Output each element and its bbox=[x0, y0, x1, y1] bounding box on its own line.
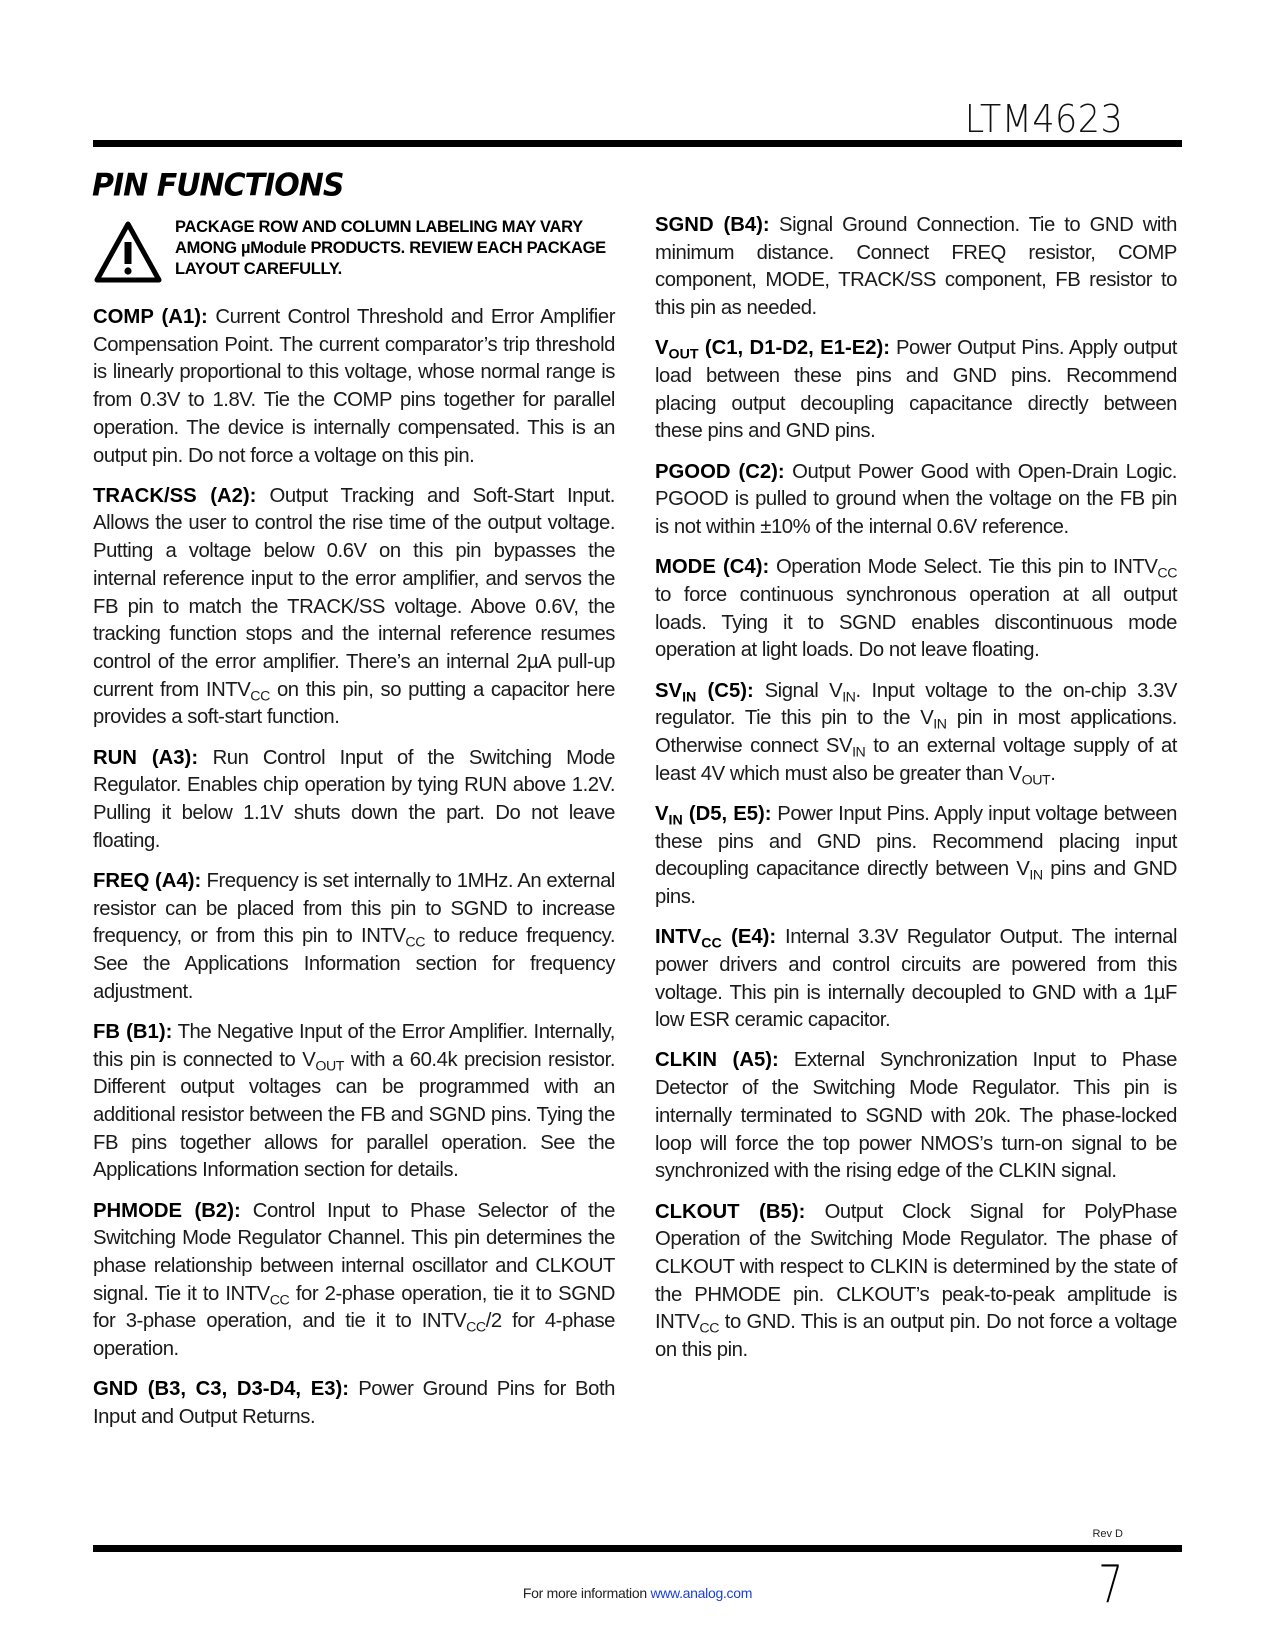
right-column: SGND (B4): Signal Ground Connection. Tie… bbox=[655, 212, 1177, 1377]
footer-rule bbox=[93, 1545, 1182, 1552]
revision-label: Rev D bbox=[1092, 1528, 1123, 1540]
pin-description: INTVCC (E4): Internal 3.3V Regulator Out… bbox=[655, 924, 1177, 1035]
section-title: PIN FUNCTIONS bbox=[92, 167, 344, 204]
footer-info-text: For more information bbox=[523, 1585, 651, 1601]
warning-text: PACKAGE ROW AND COLUMN LABELING MAY VARY… bbox=[175, 217, 615, 280]
pin-name: VIN (D5, E5): bbox=[655, 803, 772, 825]
pin-description: FREQ (A4): Frequency is set internally t… bbox=[93, 868, 615, 1007]
footer-info: For more information www.analog.com bbox=[0, 1585, 1275, 1601]
pin-description: GND (B3, C3, D3-D4, E3): Power Ground Pi… bbox=[93, 1376, 615, 1431]
pin-name: PGOOD (C2): bbox=[655, 461, 785, 483]
pin-description: SVIN (C5): Signal VIN. Input voltage to … bbox=[655, 678, 1177, 789]
pin-name: VOUT (C1, D1-D2, E1-E2): bbox=[655, 337, 890, 359]
website-link[interactable]: www.analog.com bbox=[650, 1585, 752, 1601]
content: PACKAGE ROW AND COLUMN LABELING MAY VARY… bbox=[0, 212, 1275, 1512]
pin-description: PGOOD (C2): Output Power Good with Open-… bbox=[655, 459, 1177, 542]
pin-name: CLKOUT (B5): bbox=[655, 1201, 805, 1223]
warning-callout: PACKAGE ROW AND COLUMN LABELING MAY VARY… bbox=[93, 212, 615, 294]
pin-list-left: COMP (A1): Current Control Threshold and… bbox=[93, 304, 615, 1432]
pin-description: COMP (A1): Current Control Threshold and… bbox=[93, 304, 615, 470]
pin-description: TRACK/SS (A2): Output Tracking and Soft-… bbox=[93, 483, 615, 732]
pin-name: MODE (C4): bbox=[655, 556, 769, 578]
pin-description: CLKOUT (B5): Output Clock Signal for Pol… bbox=[655, 1199, 1177, 1365]
pin-description: RUN (A3): Run Control Input of the Switc… bbox=[93, 745, 615, 856]
pin-name: SVIN (C5): bbox=[655, 680, 754, 702]
pin-name: COMP (A1): bbox=[93, 306, 208, 328]
pin-description: MODE (C4): Operation Mode Select. Tie th… bbox=[655, 554, 1177, 665]
pin-name: TRACK/SS (A2): bbox=[93, 485, 256, 507]
pin-description: FB (B1): The Negative Input of the Error… bbox=[93, 1019, 615, 1185]
pin-name: INTVCC (E4): bbox=[655, 926, 776, 948]
header-rule bbox=[93, 140, 1182, 147]
pin-description: VOUT (C1, D1-D2, E1-E2): Power Output Pi… bbox=[655, 335, 1177, 446]
pin-name: CLKIN (A5): bbox=[655, 1049, 779, 1071]
pin-name: FREQ (A4): bbox=[93, 870, 201, 892]
pin-name: GND (B3, C3, D3-D4, E3): bbox=[93, 1378, 349, 1400]
pin-description: PHMODE (B2): Control Input to Phase Sele… bbox=[93, 1198, 615, 1364]
pin-description: VIN (D5, E5): Power Input Pins. Apply in… bbox=[655, 801, 1177, 912]
pin-name: FB (B1): bbox=[93, 1021, 172, 1043]
pin-list-right: SGND (B4): Signal Ground Connection. Tie… bbox=[655, 212, 1177, 1365]
left-column: PACKAGE ROW AND COLUMN LABELING MAY VARY… bbox=[93, 212, 615, 1444]
pin-description: CLKIN (A5): External Synchronization Inp… bbox=[655, 1047, 1177, 1186]
pin-description: SGND (B4): Signal Ground Connection. Tie… bbox=[655, 212, 1177, 323]
pin-name: SGND (B4): bbox=[655, 214, 770, 236]
pin-name: PHMODE (B2): bbox=[93, 1200, 241, 1222]
warning-triangle-icon bbox=[93, 220, 163, 284]
pin-name: RUN (A3): bbox=[93, 747, 198, 769]
part-number: LTM4623 bbox=[965, 97, 1123, 141]
